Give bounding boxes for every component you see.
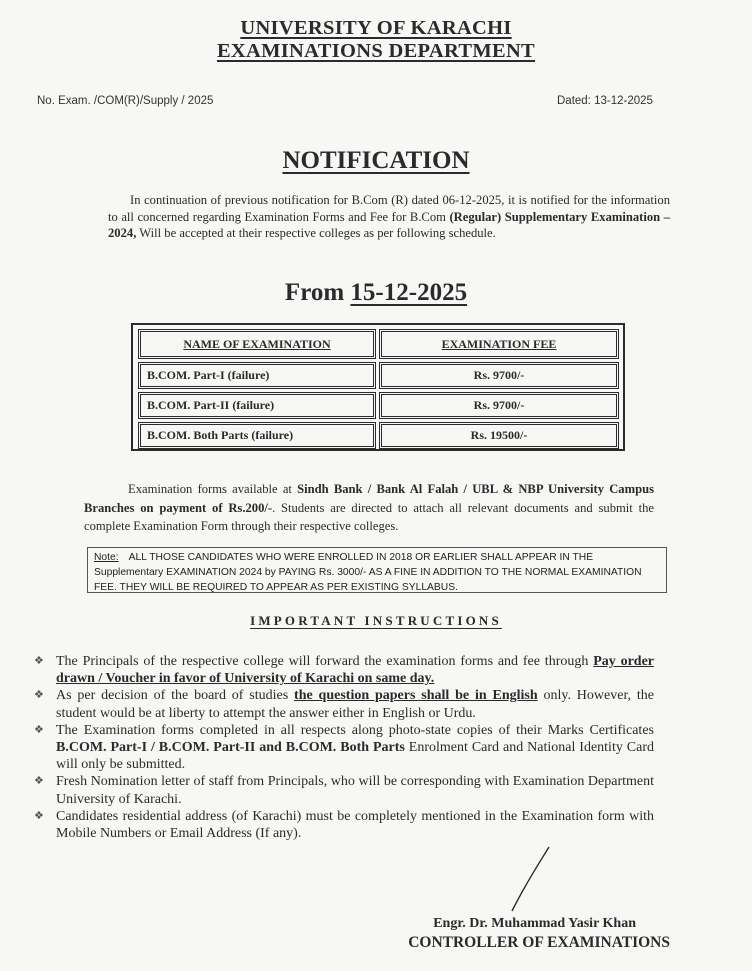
- note-text: ALL THOSE CANDIDATES WHO WERE ENROLLED I…: [94, 552, 642, 593]
- list-item: ❖ The Examination forms completed in all…: [34, 722, 654, 774]
- dated: Dated: 13-12-2025: [557, 95, 653, 107]
- list-item: ❖ Candidates residential address (of Kar…: [34, 808, 654, 842]
- fee-table: NAME OF EXAMINATION EXAMINATION FEE B.CO…: [131, 323, 625, 451]
- list-item: ❖ The Principals of the respective colle…: [34, 653, 654, 687]
- table-row-fee: Rs. 9700/-: [379, 392, 619, 419]
- table-row-fee: Rs. 19500/-: [379, 422, 619, 449]
- instructions-heading: IMPORTANT INSTRUCTIONS: [0, 613, 752, 629]
- table-row-fee: Rs. 9700/-: [379, 362, 619, 389]
- list-item: ❖ As per decision of the board of studie…: [34, 687, 654, 721]
- bullet-icon: ❖: [34, 687, 44, 704]
- table-row-name: B.COM. Part-I (failure): [138, 362, 376, 389]
- bullet-icon: ❖: [34, 653, 44, 670]
- schedule-date: From 15-12-2025: [0, 279, 752, 307]
- signature-mark: [505, 845, 555, 915]
- bullet-icon: ❖: [34, 773, 44, 790]
- page-title: NOTIFICATION: [0, 147, 752, 175]
- department-name: EXAMINATIONS DEPARTMENT: [0, 40, 752, 63]
- forms-info-paragraph: Examination forms available at Sindh Ban…: [84, 480, 654, 536]
- note-label: Note:: [94, 552, 119, 563]
- table-row-name: B.COM. Part-II (failure): [138, 392, 376, 419]
- signatory-name: Engr. Dr. Muhammad Yasir Khan: [360, 916, 680, 932]
- intro-paragraph: In continuation of previous notification…: [108, 192, 670, 242]
- bullet-icon: ❖: [34, 722, 44, 739]
- table-header-exam: NAME OF EXAMINATION: [138, 329, 376, 359]
- instructions-list: ❖ The Principals of the respective colle…: [34, 653, 654, 842]
- list-item: ❖ Fresh Nomination letter of staff from …: [34, 773, 654, 807]
- table-row-name: B.COM. Both Parts (failure): [138, 422, 376, 449]
- table-header-fee: EXAMINATION FEE: [379, 329, 619, 359]
- note-box: Note:ALL THOSE CANDIDATES WHO WERE ENROL…: [87, 547, 667, 593]
- university-name: UNIVERSITY OF KARACHI: [0, 17, 752, 40]
- signatory-title: CONTROLLER OF EXAMINATIONS: [360, 934, 670, 952]
- reference-number: No. Exam. /COM(R)/Supply / 2025: [37, 95, 213, 107]
- bullet-icon: ❖: [34, 808, 44, 825]
